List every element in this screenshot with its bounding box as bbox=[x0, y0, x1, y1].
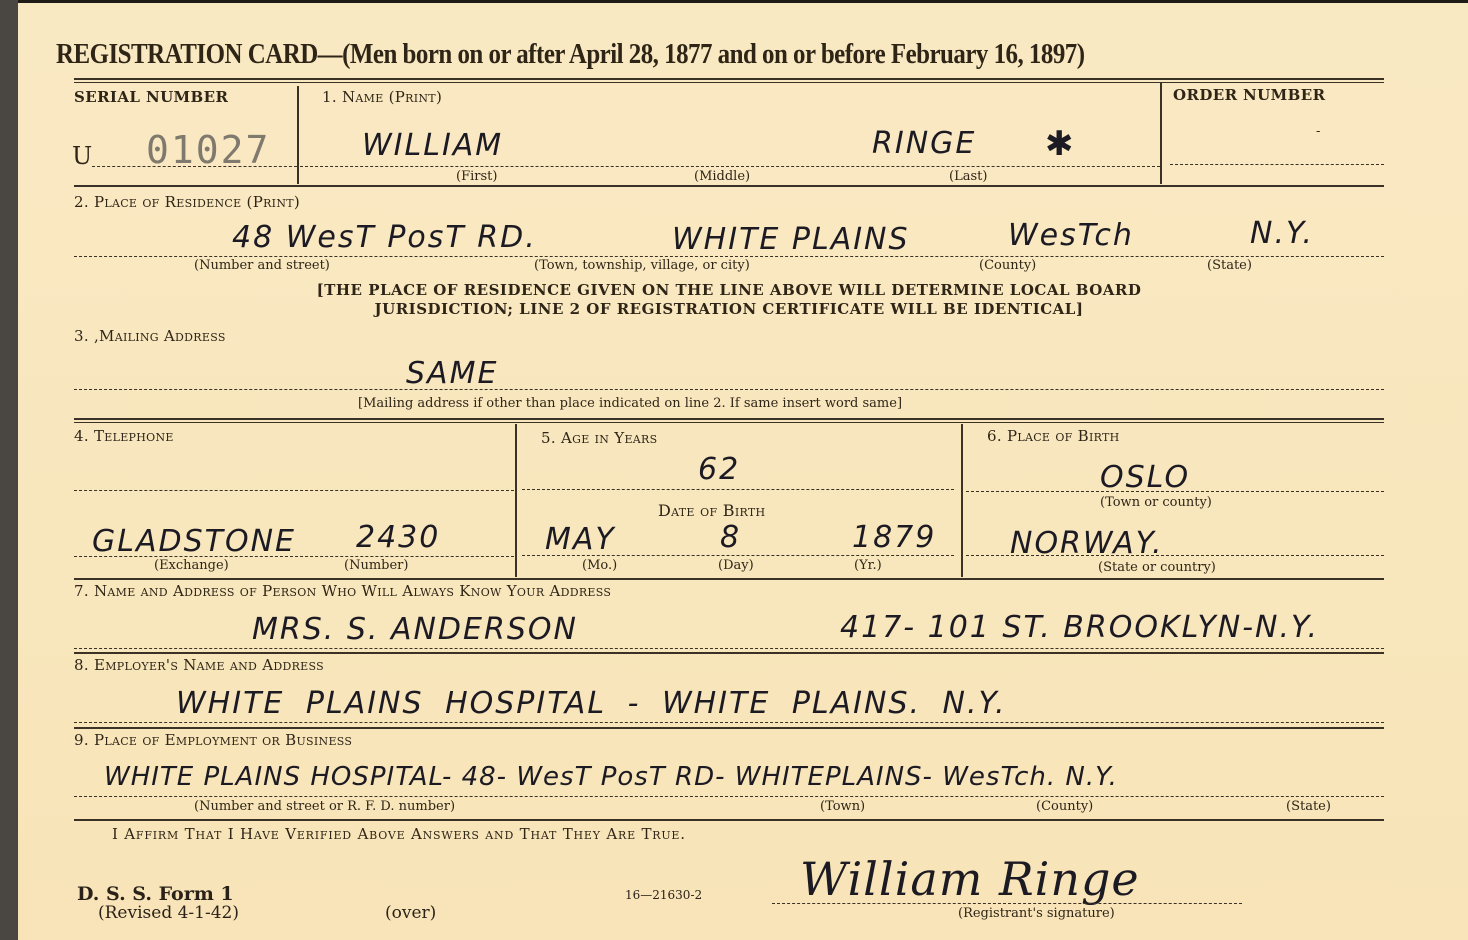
dob-month: MAY bbox=[545, 522, 616, 557]
employer-value: WHITE PLAINS HOSPITAL - WHITE PLAINS. N.… bbox=[176, 686, 1007, 721]
card-title: REGISTRATION CARD—(Men born on or after … bbox=[56, 38, 1085, 71]
number-caption: (Number) bbox=[344, 558, 408, 573]
contact-line bbox=[74, 648, 1384, 649]
rule bbox=[74, 727, 1384, 729]
name-label: 1. Name (Print) bbox=[322, 88, 442, 106]
viewer-left-edge bbox=[0, 0, 18, 940]
order-number-value: - bbox=[1316, 124, 1320, 139]
print-code: 16—21630-2 bbox=[625, 888, 702, 902]
asterisk-mark: ✱ bbox=[1045, 124, 1076, 164]
birth-town: OSLO bbox=[1100, 460, 1190, 495]
age-line bbox=[522, 489, 954, 490]
jurisdiction-notice-1: [THE PLACE OF RESIDENCE GIVEN ON THE LIN… bbox=[74, 281, 1384, 300]
employment-place-label: 9. Place of Employment or Business bbox=[74, 731, 352, 749]
year-caption: (Yr.) bbox=[854, 558, 882, 573]
serial-number-label: SERIAL NUMBER bbox=[74, 88, 228, 106]
first-caption: (First) bbox=[456, 169, 497, 184]
rule bbox=[74, 819, 1384, 821]
residence-street: 48 WesT PosT RD. bbox=[232, 220, 537, 255]
employment-town-caption: (Town) bbox=[820, 799, 865, 814]
residence-line bbox=[74, 256, 1384, 257]
telephone-exchange: GLADSTONE bbox=[92, 524, 296, 559]
birthplace-label: 6. Place of Birth bbox=[987, 427, 1120, 445]
mailing-label: 3. ,Mailing Address bbox=[74, 327, 226, 345]
contact-name: MRS. S. ANDERSON bbox=[252, 612, 578, 647]
birth-town-line bbox=[966, 491, 1384, 492]
employment-line bbox=[74, 796, 1384, 797]
signature-line bbox=[772, 903, 1242, 904]
signature-caption: (Registrant's signature) bbox=[958, 906, 1115, 921]
contact-label: 7. Name and Address of Person Who Will A… bbox=[74, 582, 611, 600]
form-revised: (Revised 4-1-42) bbox=[98, 903, 239, 923]
form-number: D. S. S. Form 1 bbox=[77, 883, 234, 905]
telephone-line-2 bbox=[74, 556, 514, 557]
affirmation-text: I Affirm That I Have Verified Above Answ… bbox=[112, 825, 686, 843]
county-caption: (County) bbox=[979, 258, 1036, 273]
day-caption: (Day) bbox=[718, 558, 754, 573]
mailing-caption: [Mailing address if other than place ind… bbox=[358, 396, 902, 411]
first-name-value: WILLIAM bbox=[362, 128, 503, 163]
employer-label: 8. Employer's Name and Address bbox=[74, 656, 324, 674]
middle-caption: (Middle) bbox=[694, 169, 750, 184]
employment-place-value: WHITE PLAINS HOSPITAL- 48- WesT PosT RD-… bbox=[104, 762, 1118, 792]
dob-line bbox=[522, 555, 954, 556]
employer-line bbox=[74, 722, 1384, 723]
dob-day: 8 bbox=[720, 520, 741, 555]
street-caption: (Number and street) bbox=[194, 258, 330, 273]
residence-county: WesTch bbox=[1008, 218, 1134, 253]
residence-town: WHITE PLAINS bbox=[672, 222, 910, 257]
last-caption: (Last) bbox=[949, 169, 987, 184]
telephone-line-1 bbox=[74, 490, 514, 491]
mailing-value: SAME bbox=[406, 356, 498, 391]
birth-country-line bbox=[966, 555, 1384, 556]
age-label: 5. Age in Years bbox=[541, 429, 657, 447]
jurisdiction-notice-2: JURISDICTION; LINE 2 OF REGISTRATION CER… bbox=[74, 300, 1384, 319]
employment-county-caption: (County) bbox=[1036, 799, 1093, 814]
serial-prefix: U bbox=[72, 142, 92, 170]
dob-year: 1879 bbox=[852, 520, 936, 555]
month-caption: (Mo.) bbox=[582, 558, 617, 573]
rule bbox=[74, 185, 1384, 187]
employment-street-caption: (Number and street or R. F. D. number) bbox=[194, 799, 455, 814]
contact-address: 417- 101 ST. BROOKLYN-N.Y. bbox=[840, 610, 1319, 645]
rule bbox=[74, 652, 1384, 654]
serial-line bbox=[92, 166, 297, 167]
divider bbox=[1160, 82, 1162, 184]
telephone-number: 2430 bbox=[356, 520, 440, 555]
birth-country-caption: (State or country) bbox=[1098, 560, 1216, 575]
divider bbox=[297, 86, 299, 184]
divider bbox=[961, 424, 963, 577]
age-value: 62 bbox=[698, 452, 740, 487]
mailing-line bbox=[74, 389, 1384, 390]
order-number-label: ORDER NUMBER bbox=[1173, 86, 1325, 104]
divider bbox=[515, 424, 517, 577]
order-line bbox=[1170, 164, 1384, 165]
state-caption: (State) bbox=[1207, 258, 1252, 273]
employment-state-caption: (State) bbox=[1286, 799, 1331, 814]
over-note: (over) bbox=[385, 903, 436, 923]
registrant-signature: William Ringe bbox=[800, 852, 1140, 906]
rule bbox=[74, 418, 1384, 423]
dob-label: Date of Birth bbox=[658, 501, 765, 520]
birth-town-caption: (Town or county) bbox=[1100, 495, 1212, 510]
residence-label: 2. Place of Residence (Print) bbox=[74, 193, 300, 211]
town-caption: (Town, township, village, or city) bbox=[534, 258, 750, 273]
telephone-label: 4. Telephone bbox=[74, 427, 174, 445]
rule bbox=[74, 578, 1384, 580]
name-line bbox=[300, 166, 1160, 167]
title-rule bbox=[74, 78, 1384, 83]
residence-state: N.Y. bbox=[1250, 216, 1314, 251]
last-name-value: RINGE bbox=[872, 126, 976, 161]
exchange-caption: (Exchange) bbox=[154, 558, 229, 573]
